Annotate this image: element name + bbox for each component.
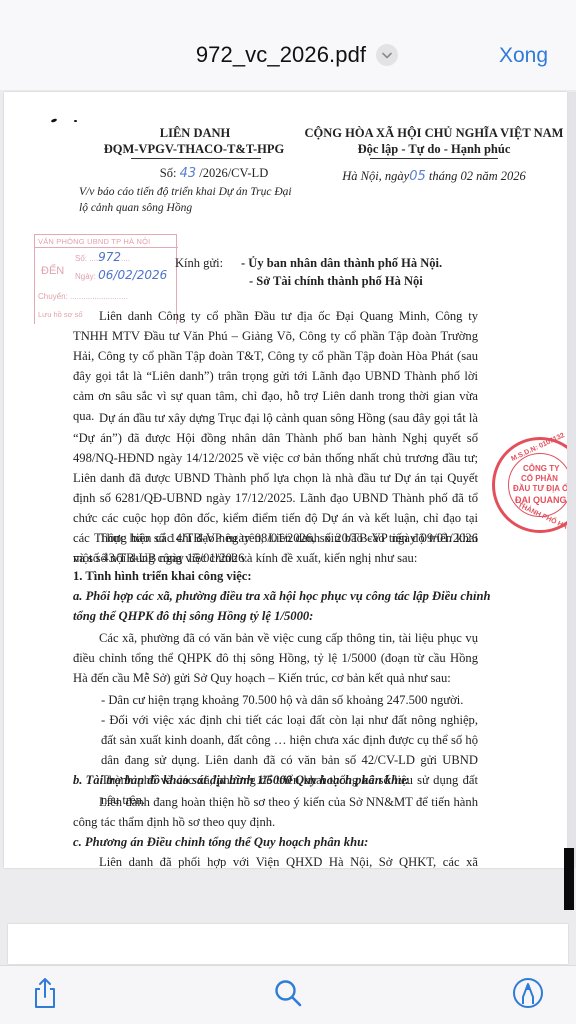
paragraph-text: Các xã, phường đã có văn bản về việc cun… [73,631,478,685]
received-stamp-den: ĐẾN [41,265,64,277]
org-name-line2: ĐQM-VPGV-THACO-T&T-HPG [84,142,304,157]
navigation-bar: 972_vc_2026.pdf Xong [0,0,576,90]
org-name-line1: LIÊN DANH [100,126,290,141]
seal-line-1: CÔNG TY [523,464,559,473]
markup-button[interactable] [511,978,545,1012]
ink-mark [51,118,58,123]
pdf-page[interactable]: LIÊN DANH ĐQM-VPGV-THACO-T&T-HPG Số: 43 … [4,92,567,868]
pdf-viewer-screen: 972_vc_2026.pdf Xong LIÊN DANH ĐQM-VPGV-… [0,0,576,1024]
received-stamp-header: VĂN PHÒNG UBND TP HÀ NỘI [38,237,150,246]
section-b-paragraph: Liên danh đang hoàn thiện hồ sơ theo ý k… [73,792,478,832]
seal-line-3: ĐẦU TƯ ĐỊA ỐC [513,484,567,493]
day-handwritten: 05 [409,169,426,184]
paragraph-text: Liên danh đã phối hợp với Viện QHXD Hà N… [73,855,478,868]
section-c-title: c. Phương án Điều chỉnh tổng thể Quy hoạ… [73,832,493,852]
so-value-handwritten: 972 [98,250,121,264]
section-1-title: 1. Tình hình triển khai công việc: [73,566,493,586]
share-button[interactable] [28,978,62,1012]
paragraph-report: Thực hiện các chỉ đạo nêu trên, Liên dan… [73,528,478,568]
doc-no-prefix: Số: [160,166,177,180]
received-stamp-date: Ngày: 06/02/2026 [75,268,167,282]
share-icon [31,977,59,1014]
recipients-label: Kính gửi: [175,256,223,271]
received-stamp-forward: Chuyển: .......................... [38,292,128,301]
place-date: Hà Nội, ngày05 tháng 02 năm 2026 [304,169,564,184]
ngay-value-handwritten: 06/02/2026 [98,268,167,282]
section-c-paragraph: Liên danh đã phối hợp với Viện QHXD Hà N… [73,852,478,868]
header-underline [131,158,261,159]
document-title-menu[interactable]: 972_vc_2026.pdf [0,42,576,68]
section-a-paragraph: Các xã, phường đã có văn bản về việc cun… [73,628,478,688]
seal-line-2: CỔ PHẦN [521,474,558,483]
page-gutter [568,92,576,868]
national-motto: Độc lập - Tự do - Hạnh phúc [304,142,564,157]
doc-no-handwritten: 43 [180,166,197,181]
pdf-next-page[interactable] [8,924,568,964]
section-a-title: a. Phối hợp các xã, phường điều tra xã h… [73,586,493,626]
document-number: Số: 43 /2026/CV-LD [114,166,314,181]
search-button[interactable] [271,978,305,1012]
search-icon [273,978,303,1013]
section-b-title: b. Tài trợ bản đồ khảo sát địa hình 1/50… [73,770,493,790]
document-subject: V/v báo cáo tiến độ triển khai Dự án Trụ… [79,184,299,216]
markup-pen-icon [512,977,544,1014]
ngay-label: Ngày: [75,272,96,281]
recipient-2: - Sở Tài chính thành phố Hà Nội [249,274,423,289]
place-prefix: Hà Nội, ngày [342,169,409,183]
paragraph-text: Thực hiện các chỉ đạo nêu trên, Liên dan… [73,531,478,565]
ink-mark [74,120,77,122]
section-a-bullet-1: - Dân cư hiện trạng khoảng 70.500 hộ và … [101,690,478,710]
so-label: Số: [75,254,87,263]
national-title: CỘNG HÒA XÃ HỘI CHỦ NGHĨA VIỆT NAM [304,126,564,141]
scroll-indicator[interactable] [564,848,574,910]
doc-no-suffix: /2026/CV-LD [199,166,268,180]
document-filename[interactable]: 972_vc_2026.pdf [196,42,366,68]
stamp-divider [35,247,178,248]
received-stamp-number: Số: ....972.... [75,250,130,264]
company-seal: M.S.D.N: 0107132 CÔNG TY CỔ PHẦN ĐẦU TƯ … [492,437,567,533]
place-suffix: tháng 02 năm 2026 [429,169,526,183]
bottom-toolbar [0,965,576,1024]
done-button[interactable]: Xong [499,44,548,68]
motto-underline [370,158,498,159]
paragraph-text: Liên danh đang hoàn thiện hồ sơ theo ý k… [73,795,478,829]
paragraph-text: Liên danh Công ty cổ phần Đầu tư địa ốc … [73,309,478,423]
recipient-1: - Ủy ban nhân dân thành phố Hà Nội. [241,256,442,271]
chevron-down-icon[interactable] [376,44,398,66]
